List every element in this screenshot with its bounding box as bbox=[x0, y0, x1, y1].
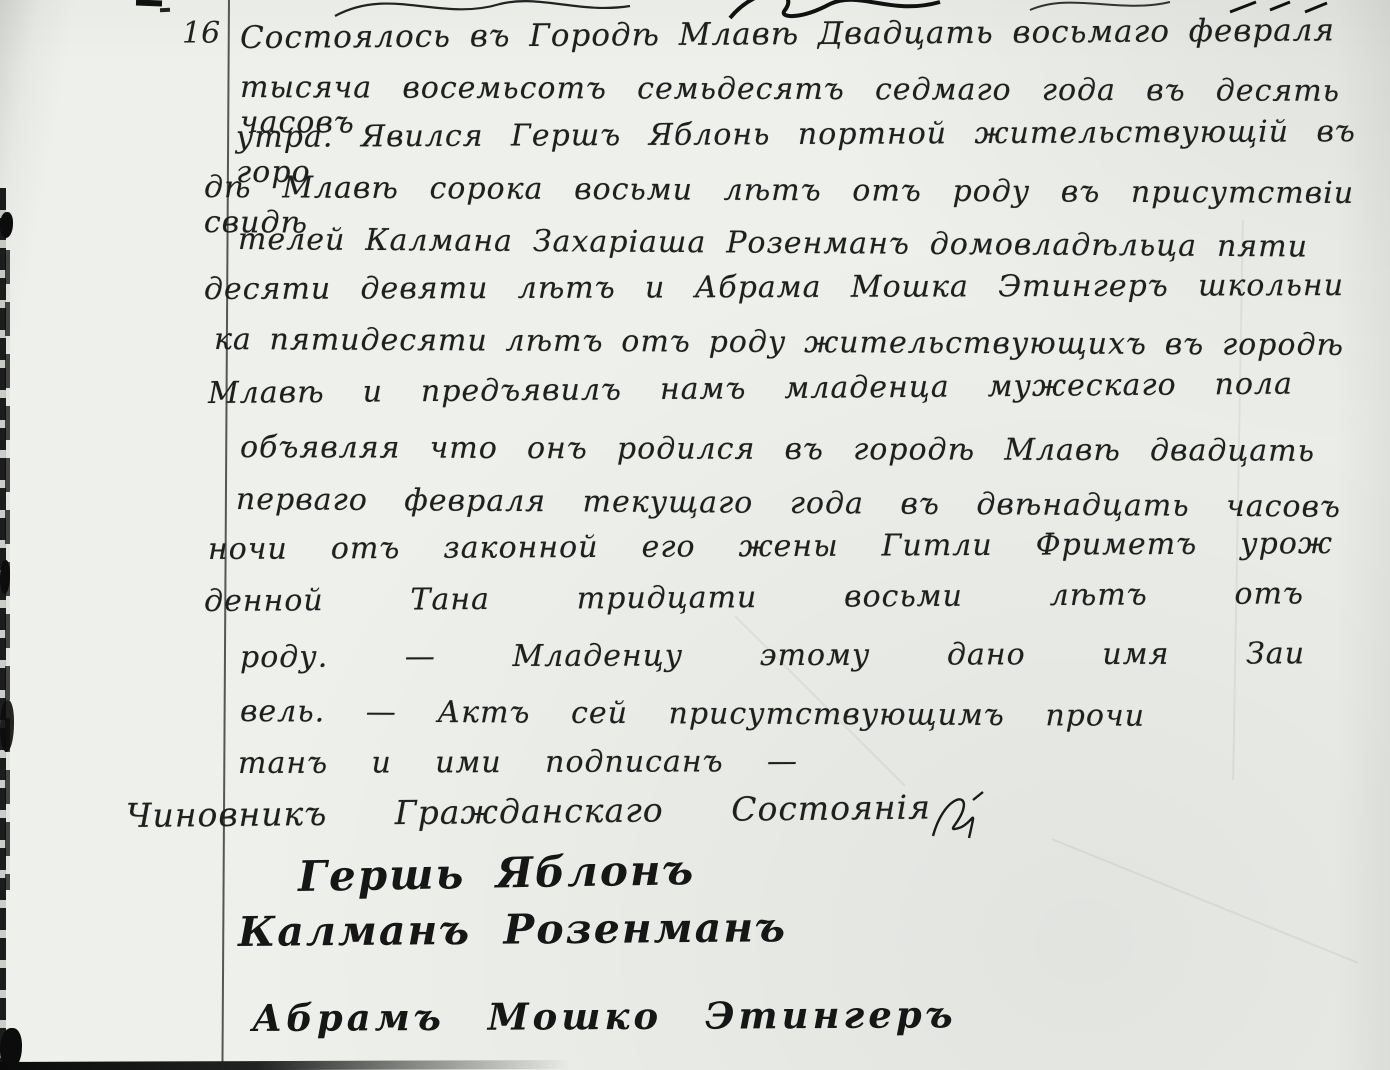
official-paraph-flourish bbox=[925, 788, 995, 848]
scan-top-edge-artifact bbox=[136, 0, 162, 6]
handwritten-line-15: танъ и ими подписанъ — bbox=[238, 744, 798, 781]
handwritten-line-1: Состоялось въ Городѣ Млавѣ Двадцать вось… bbox=[240, 12, 1335, 56]
scan-top-edge-artifact bbox=[160, 8, 170, 13]
paper-crease bbox=[1052, 838, 1359, 963]
signature-hersh-yablon: Гершь Яблонъ bbox=[298, 845, 696, 901]
ink-blot-artifact bbox=[0, 212, 13, 238]
handwritten-line-8: Млавѣ и предъявилъ намъ младенца мужеска… bbox=[208, 367, 1293, 411]
handwritten-line-12: денной Тана тридцати восьми лѣтъ отъ bbox=[204, 576, 1304, 619]
scanned-document-page: 16 Состоялось въ Городѣ Млавѣ Двадцать в… bbox=[0, 0, 1390, 1070]
ink-blot-artifact bbox=[0, 700, 14, 752]
handwritten-line-9: объявляя что онъ родился въ городѣ Млавѣ… bbox=[240, 430, 1315, 469]
handwritten-line-10: перваго февраля текущаго года въ двѣнадц… bbox=[236, 482, 1341, 525]
official-title-line: Чиновникъ Гражданскаго Состоянія bbox=[126, 788, 931, 835]
signature-abram-moshko-etinger: Абрамъ Мошко Этингеръ bbox=[252, 992, 957, 1040]
handwritten-line-13: роду. — Младенцу этому дано имя Заи bbox=[240, 636, 1305, 675]
signature-kalman-rozenman: Калманъ Розенманъ bbox=[238, 903, 787, 956]
handwritten-line-14: вель. — Актъ сей присутствующимъ прочи bbox=[240, 694, 1145, 734]
handwritten-line-11: ночи отъ законной его жены Гитли Фриметъ… bbox=[208, 526, 1333, 567]
act-number: 16 bbox=[182, 16, 220, 51]
handwritten-line-6: десяти девяти лѣтъ и Абрама Мошка Этинге… bbox=[204, 268, 1344, 307]
scan-bottom-edge-artifact bbox=[0, 1060, 570, 1070]
handwritten-line-5: телей Калмана Захаріаша Розенманъ домовл… bbox=[238, 222, 1308, 264]
handwritten-line-7: ка пятидесяти лѣтъ отъ роду жительствующ… bbox=[214, 322, 1344, 363]
